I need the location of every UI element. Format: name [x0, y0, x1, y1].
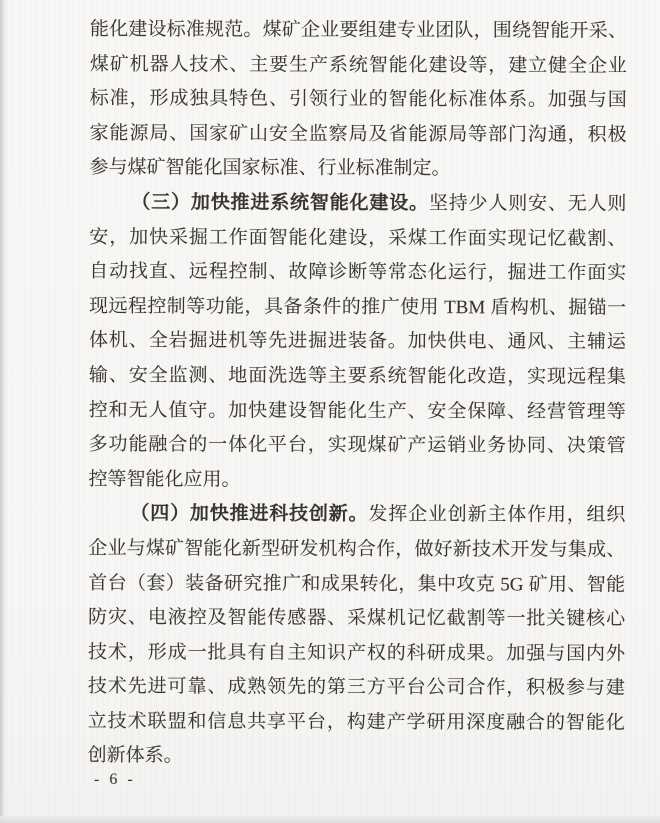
text-line: 技术先进可靠、成熟领先的第三方平台公司合作，积极参与建	[88, 670, 625, 706]
text-line: （四）加快推进科技创新。发挥企业创新主体作用，组织	[88, 497, 625, 533]
scan-bottom-edge-artifact	[0, 815, 660, 823]
section-heading: （三）加快推进系统智能化建设。	[131, 192, 429, 214]
scan-left-edge-artifact	[0, 0, 7, 823]
text-line: 自动找直、远程控制、故障诊断等常态化运行，掘进工作面实	[89, 255, 626, 291]
text-line: 家能源局、国家矿山安全监察局及省能源局等部门沟通，积极	[90, 117, 627, 153]
document-body: 能化建设标准规范。煤矿企业要组建专业团队，围绕智能开采、煤矿机器人技术、主要生产…	[88, 13, 627, 776]
document-page: 能化建设标准规范。煤矿企业要组建专业团队，围绕智能开采、煤矿机器人技术、主要生产…	[0, 0, 660, 823]
text-line: 输、安全监测、地面洗选等主要系统智能化改造，实现远程集	[89, 359, 626, 395]
text-line: 企业与煤矿智能化新型研发机构合作，做好新技术开发与集成、	[88, 532, 625, 568]
text-line: 安，加快采掘工作面智能化建设，采煤工作面实现记忆截割、	[89, 221, 626, 257]
page-number: - 6 -	[94, 769, 136, 791]
text-line: 控等智能化应用。	[88, 463, 625, 499]
text-line: 标准，形成独具特色、引领行业的智能化标准体系。加强与国	[90, 82, 627, 118]
text-line: 现远程控制等功能，具备条件的推广使用 TBM 盾构机、掘锚一	[89, 290, 626, 326]
section-heading: （四）加快推进科技创新。	[130, 503, 368, 525]
text-line: 能化建设标准规范。煤矿企业要组建专业团队，围绕智能开采、	[90, 13, 627, 49]
text-line: 技术，形成一批具有自主知识产权的科研成果。加强与国内外	[88, 636, 625, 672]
text-line: （三）加快推进系统智能化建设。坚持少人则安、无人则	[89, 186, 626, 222]
text-line: 多功能融合的一体化平台，实现煤矿产运销业务协同、决策管	[89, 428, 626, 464]
text-line: 参与煤矿智能化国家标准、行业标准制定。	[89, 151, 626, 187]
text-run: 发挥企业创新主体作用，组织	[368, 504, 625, 526]
text-line: 首台（套）装备研究推广和成果转化，集中攻克 5G 矿用、智能	[88, 566, 625, 602]
text-line: 控和无人值守。加快建设智能化生产、安全保障、经营管理等	[89, 394, 626, 430]
text-line: 创新体系。	[88, 739, 625, 775]
text-line: 煤矿机器人技术、主要生产系统智能化建设等，建立健全企业	[90, 48, 627, 84]
text-run: 坚持少人则安、无人则	[429, 193, 627, 215]
text-line: 立技术联盟和信息共享平台，构建产学研用深度融合的智能化	[88, 705, 625, 741]
text-line: 防灾、电液控及智能传感器、采煤机记忆截割等一批关键核心	[88, 601, 625, 637]
text-line: 体机、全岩掘进机等先进掘进装备。加快供电、通风、主辅运	[89, 324, 626, 360]
